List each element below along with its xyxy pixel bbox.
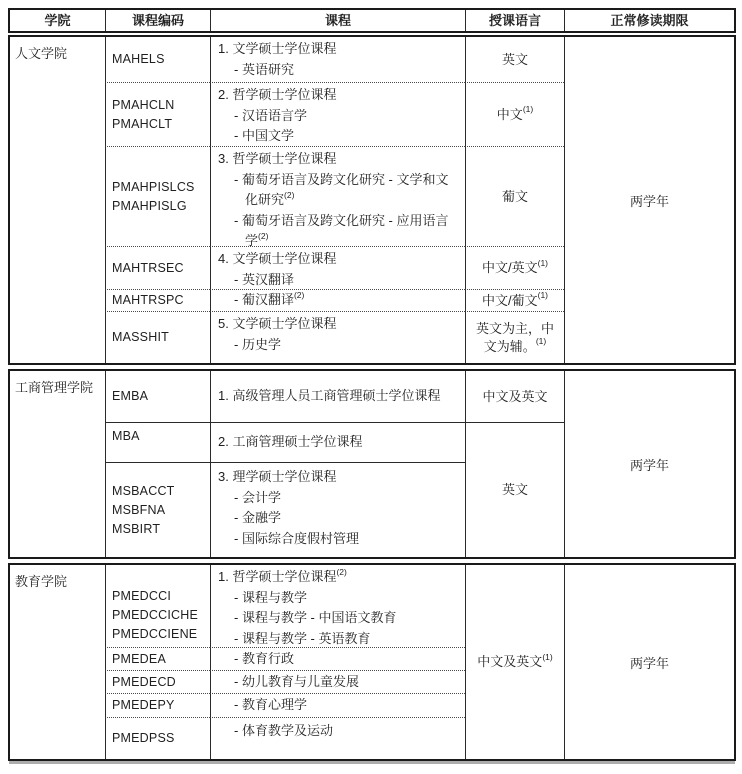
course-code: MSBIRT — [112, 520, 208, 539]
footnote-marker: (1) — [542, 652, 552, 662]
course-item: - 课程与教学 - 英语教育 — [218, 629, 459, 648]
course-item: - 体育教学及运动 — [218, 721, 459, 742]
footnote-marker: (2) — [294, 290, 304, 300]
program-table-page: 学院 课程编码 课程 授课语言 正常修读期限 人文学院 MAHELS 1. 文学… — [0, 0, 742, 761]
course-cell: - 葡汉翻译(2) — [210, 289, 465, 311]
course-cell: - 教育心理学 — [210, 693, 465, 717]
code-cell: MAHELS — [105, 37, 210, 82]
course-item: - 国际综合度假村管理 — [218, 529, 459, 550]
language-cell: 中文/英文(1) — [465, 246, 564, 289]
language-cell: 葡文 — [465, 146, 564, 246]
college-name: 工商管理学院 — [15, 380, 93, 395]
college-cell: 工商管理学院 — [10, 371, 105, 557]
header-course: 课程 — [210, 10, 465, 31]
course-cell: 4. 文学硕士学位课程 - 英汉翻译 — [210, 246, 465, 289]
course-item: - 英汉翻译 — [218, 270, 459, 290]
code-cell: MAHTRSEC — [105, 246, 210, 289]
footnote-marker: (1) — [538, 258, 548, 268]
course-title: 1. 文学硕士学位课程 — [218, 39, 459, 60]
code-cell: PMEDEPY — [105, 693, 210, 717]
language-value: 中文(1) — [497, 106, 533, 124]
course-cell: 1. 文学硕士学位课程 - 英语研究 — [210, 37, 465, 82]
course-code: MSBFNA — [112, 501, 208, 520]
course-item: - 葡萄牙语言及跨文化研究 - 文学和文化研究(2) — [218, 170, 459, 211]
language-cell: 中文(1) — [465, 82, 564, 146]
duration-value: 两学年 — [630, 455, 669, 474]
course-title: 2. 工商管理硕士学位课程 — [218, 432, 459, 453]
course-cell: - 幼儿教育与儿童发展 — [210, 670, 465, 693]
course-title: 3. 理学硕士学位课程 — [218, 467, 459, 488]
course-title: 1. 高级管理人员工商管理硕士学位课程 — [218, 386, 459, 407]
language-cell: 中文及英文(1) — [465, 565, 564, 759]
course-code: PMEDCCIENE — [112, 625, 208, 644]
course-cell: 2. 哲学硕士学位课程 - 汉语语言学 - 中国文学 — [210, 82, 465, 146]
table-header: 学院 课程编码 课程 授课语言 正常修读期限 — [8, 8, 736, 33]
footnote-marker: (1) — [536, 336, 546, 346]
college-name: 人文学院 — [15, 46, 67, 61]
course-item: - 中国文学 — [218, 126, 459, 146]
course-cell: - 教育行政 — [210, 647, 465, 670]
language-value: 中文及英文(1) — [477, 653, 552, 671]
course-cell: - 体育教学及运动 — [210, 717, 465, 759]
course-item: - 汉语语言学 — [218, 106, 459, 127]
course-code: PMAHCLT — [112, 115, 208, 134]
course-item: - 英语研究 — [218, 60, 459, 81]
course-cell: 5. 文学硕士学位课程 - 历史学 — [210, 311, 465, 363]
duration-value: 两学年 — [630, 653, 669, 672]
header-course-code: 课程编码 — [105, 10, 210, 31]
duration-cell: 两学年 — [564, 371, 734, 557]
college-cell: 人文学院 — [10, 37, 105, 363]
language-value: 英文 — [502, 51, 528, 69]
code-cell: MBA — [105, 422, 210, 462]
code-cell: PMAHCLN PMAHCLT — [105, 82, 210, 146]
course-item: - 课程与教学 — [218, 588, 459, 609]
header-language: 授课语言 — [465, 10, 564, 31]
course-cell: 3. 哲学硕士学位课程 - 葡萄牙语言及跨文化研究 - 文学和文化研究(2) -… — [210, 146, 465, 246]
course-item: - 葡汉翻译(2) — [218, 290, 459, 311]
header-duration: 正常修读期限 — [564, 10, 734, 31]
course-item: - 历史学 — [218, 335, 459, 356]
course-cell: 1. 哲学硕士学位课程(2) - 课程与教学 - 课程与教学 - 中国语文教育 … — [210, 565, 465, 647]
duration-cell: 两学年 — [564, 37, 734, 363]
college-name: 教育学院 — [15, 574, 67, 589]
language-value: 英文 — [502, 481, 528, 499]
language-value: 中文/英文(1) — [482, 259, 548, 277]
duration-cell: 两学年 — [564, 565, 734, 759]
language-cell: 英文 — [465, 422, 564, 557]
course-item: - 金融学 — [218, 508, 459, 529]
course-code: PMEDECD — [112, 673, 208, 692]
course-code: MSBACCT — [112, 482, 208, 501]
language-value: 中文及英文 — [482, 388, 547, 406]
footnote-marker: (2) — [336, 567, 346, 577]
code-cell: MAHTRSPC — [105, 289, 210, 311]
course-cell: 2. 工商管理硕士学位课程 — [210, 422, 465, 462]
course-title: 1. 哲学硕士学位课程(2) — [218, 567, 459, 588]
college-cell: 教育学院 — [10, 565, 105, 759]
course-title: 3. 哲学硕士学位课程 — [218, 149, 459, 170]
course-code: PMAHPISLG — [112, 197, 208, 216]
footnote-marker: (1) — [538, 290, 548, 300]
language-cell: 英文 — [465, 37, 564, 82]
course-cell: 3. 理学硕士学位课程 - 会计学 - 金融学 - 国际综合度假村管理 — [210, 462, 465, 557]
course-code: PMEDCCI — [112, 587, 208, 606]
language-cell: 中文/葡文(1) — [465, 289, 564, 311]
course-item: - 教育行政 — [218, 649, 459, 670]
section-humanities: 人文学院 MAHELS 1. 文学硕士学位课程 - 英语研究 英文 PMAHCL… — [8, 35, 736, 365]
course-code: PMAHPISLCS — [112, 178, 208, 197]
section-education: 教育学院 PMEDCCI PMEDCCICHE PMEDCCIENE 1. 哲学… — [8, 563, 736, 761]
course-title: 5. 文学硕士学位课程 — [218, 314, 459, 335]
header-college: 学院 — [10, 10, 105, 31]
code-cell: PMEDEA — [105, 647, 210, 670]
footnote-marker: (2) — [258, 231, 268, 241]
code-cell: PMAHPISLCS PMAHPISLG — [105, 146, 210, 246]
code-cell: PMEDECD — [105, 670, 210, 693]
course-item: - 教育心理学 — [218, 695, 459, 716]
language-cell: 中文及英文 — [465, 371, 564, 422]
code-cell: PMEDPSS — [105, 717, 210, 759]
course-item: - 课程与教学 - 中国语文教育 — [218, 608, 459, 629]
course-code: PMEDEPY — [112, 696, 208, 715]
course-title: 4. 文学硕士学位课程 — [218, 249, 459, 270]
course-code: MAHTRSPC — [112, 291, 208, 310]
course-code: MAHELS — [112, 50, 208, 69]
language-value: 葡文 — [502, 188, 528, 206]
code-cell: PMEDCCI PMEDCCICHE PMEDCCIENE — [105, 565, 210, 647]
course-title: 2. 哲学硕士学位课程 — [218, 85, 459, 106]
course-code: MASSHIT — [112, 328, 208, 347]
code-cell: EMBA — [105, 371, 210, 422]
course-code: PMEDPSS — [112, 729, 208, 748]
duration-value: 两学年 — [630, 191, 669, 210]
course-item: - 幼儿教育与儿童发展 — [218, 672, 459, 693]
footnote-marker: (1) — [523, 104, 533, 114]
course-item: - 葡萄牙语言及跨文化研究 - 应用语言学(2) — [218, 211, 459, 247]
language-value: 中文/葡文(1) — [482, 292, 548, 310]
code-cell: MSBACCT MSBFNA MSBIRT — [105, 462, 210, 557]
code-cell: MASSHIT — [105, 311, 210, 363]
course-code: PMAHCLN — [112, 96, 208, 115]
footnote-marker: (2) — [284, 190, 294, 200]
course-code: MAHTRSEC — [112, 259, 208, 278]
language-cell: 英文为主，中文为辅。(1) — [465, 311, 564, 363]
course-code: MBA — [112, 427, 208, 446]
course-item: - 会计学 — [218, 488, 459, 509]
section-business: 工商管理学院 EMBA 1. 高级管理人员工商管理硕士学位课程 中文及英文 MB… — [8, 369, 736, 559]
course-code: EMBA — [112, 387, 208, 406]
course-code: PMEDCCICHE — [112, 606, 208, 625]
course-cell: 1. 高级管理人员工商管理硕士学位课程 — [210, 371, 465, 422]
course-code: PMEDEA — [112, 650, 208, 669]
language-value: 英文为主，中文为辅。(1) — [470, 320, 560, 356]
